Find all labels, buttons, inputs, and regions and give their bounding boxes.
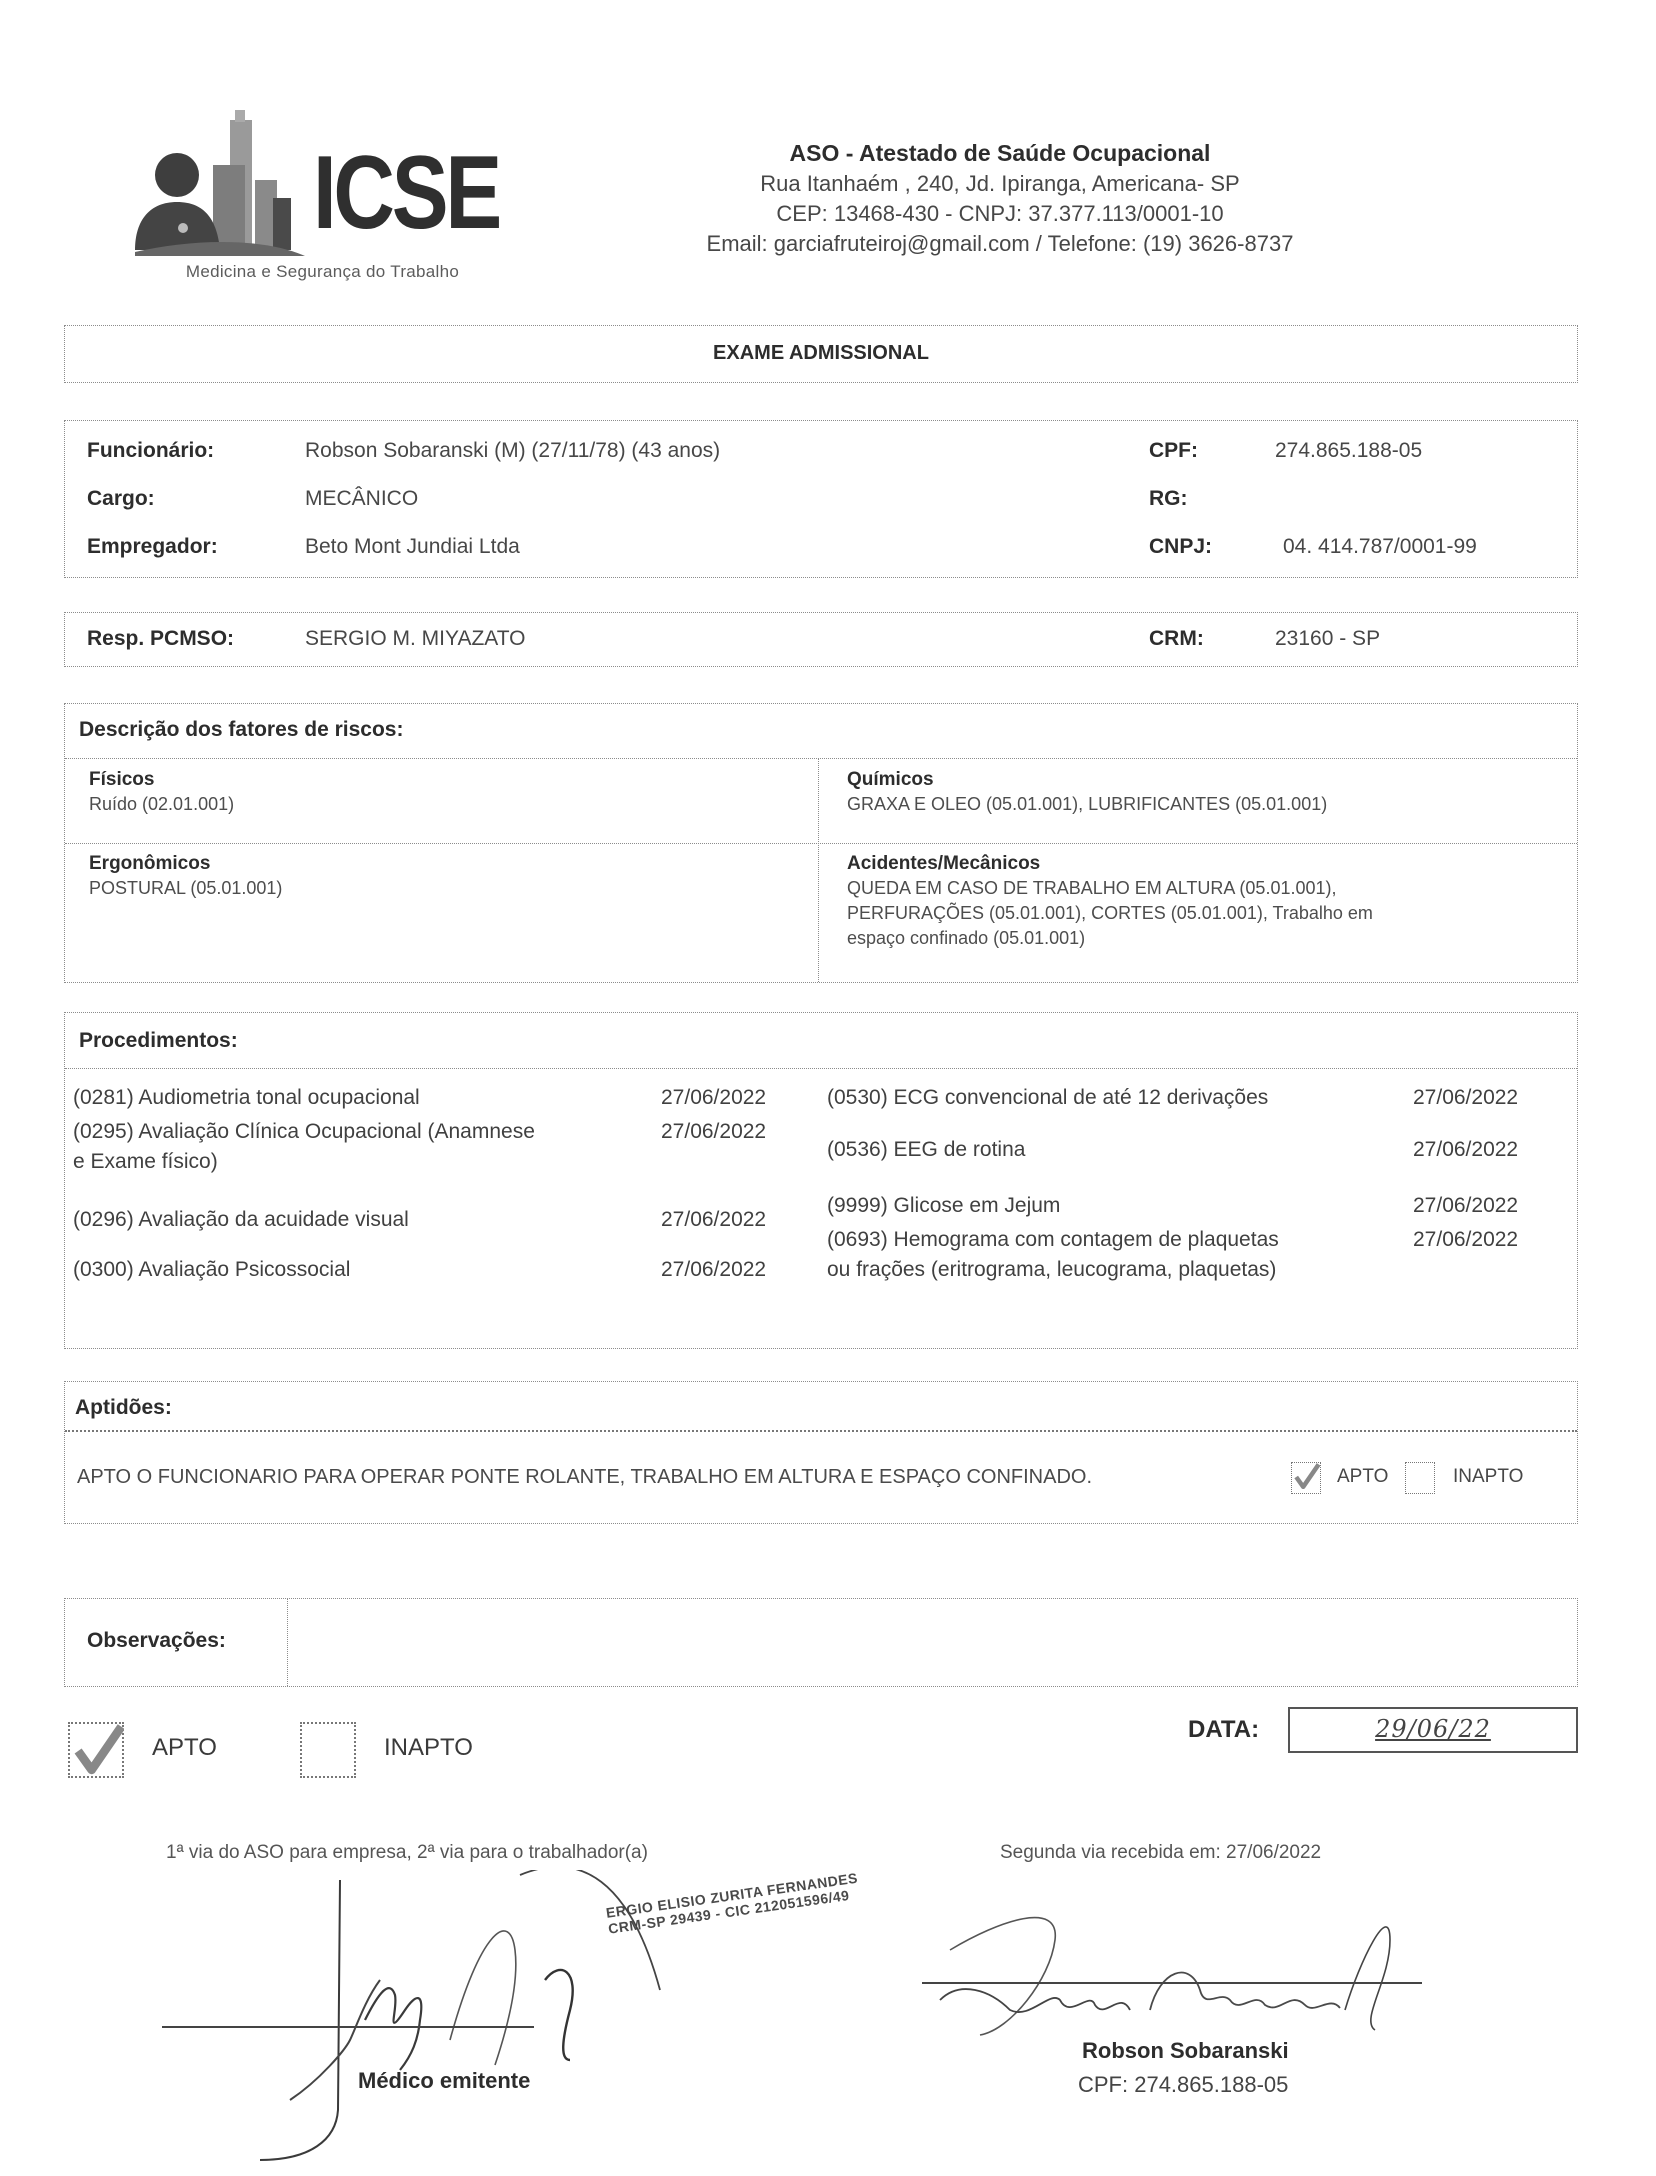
procedure-name: (0295) Avaliação Clínica Ocupacional (An… [73,1117,535,1177]
risk-ergonomicos-label: Ergonômicos [89,852,282,876]
date-label: DATA: [1188,1716,1259,1744]
exam-type-box: EXAME ADMISSIONAL [64,325,1578,383]
aptitude-inapto-label: INAPTO [1453,1466,1523,1488]
procedure-date: 27/06/2022 [661,1255,766,1285]
observations-box: Observações: [64,1598,1578,1687]
result-inapto-label: INAPTO [384,1734,473,1762]
procedure-date: 27/06/2022 [1413,1083,1518,1113]
doctor-signature-line [162,2026,534,2028]
crm-value: 23160 - SP [1275,627,1380,651]
cnpj-value: 04. 414.787/0001-99 [1283,535,1477,559]
procedure-name: (0300) Avaliação Psicossocial [73,1255,350,1285]
risk-quimicos-label: Químicos [847,768,1327,792]
risk-ergonomicos-value: POSTURAL (05.01.001) [89,876,282,901]
doctor-signature-icon [150,1870,670,2170]
divider [65,758,1577,759]
pcmso-value: SERGIO M. MIYAZATO [305,627,526,651]
procedures-title: Procedimentos: [79,1029,238,1053]
document-title: ASO - Atestado de Saúde Ocupacional [620,138,1380,169]
divider [65,1068,1577,1069]
cnpj-label: CNPJ: [1149,535,1212,559]
logo-wordmark: ICSE [313,138,499,248]
procedure-date: 27/06/2022 [1413,1191,1518,1221]
pcmso-box: Resp. PCMSO: SERGIO M. MIYAZATO CRM: 231… [64,612,1578,667]
procedure-name: (0693) Hemograma com contagem de plaquet… [827,1225,1279,1285]
risk-factors-title: Descrição dos fatores de riscos: [79,718,403,742]
empregador-value: Beto Mont Jundiai Ltda [305,535,520,559]
checkmark-icon [70,1724,124,1778]
risk-quimicos: Químicos GRAXA E OLEO (05.01.001), LUBRI… [847,768,1327,817]
logo-tagline: Medicina e Segurança do Trabalho [135,262,510,282]
clinic-contact: Email: garciafruteiroj@gmail.com / Telef… [620,229,1380,259]
divider [65,843,1577,844]
divider [818,758,819,982]
crm-label: CRM: [1149,627,1204,651]
procedure-name: (0296) Avaliação da acuidade visual [73,1205,409,1235]
employee-info-box: Funcionário: Robson Sobaranski (M) (27/1… [64,420,1578,578]
copies-note: 1ª via do ASO para empresa, 2ª via para … [166,1842,648,1864]
risk-acidentes-label: Acidentes/Mecânicos [847,852,1373,876]
cargo-label: Cargo: [87,487,155,511]
procedure-name: (0530) ECG convencional de até 12 deriva… [827,1083,1268,1113]
procedure-date: 27/06/2022 [661,1205,766,1235]
risk-acidentes: Acidentes/Mecânicos QUEDA EM CASO DE TRA… [847,852,1373,951]
worker-signature-icon [920,1880,1480,2040]
worker-cpf: CPF: 274.865.188-05 [1078,2072,1288,2098]
procedure-date: 27/06/2022 [661,1117,766,1147]
procedure-name: (0536) EEG de rotina [827,1135,1025,1165]
result-apto-checkbox[interactable] [68,1722,124,1778]
result-apto-label: APTO [152,1734,217,1762]
checkmark-icon [1292,1463,1320,1491]
cpf-value: 274.865.188-05 [1275,439,1422,463]
aptitudes-box: Aptidões: APTO O FUNCIONARIO PARA OPERAR… [64,1381,1578,1524]
clinic-header: ASO - Atestado de Saúde Ocupacional Rua … [620,138,1380,259]
funcionario-value: Robson Sobaranski (M) (27/11/78) (43 ano… [305,439,720,463]
procedure-name: (9999) Glicose em Jejum [827,1191,1060,1221]
rg-label: RG: [1149,487,1188,511]
aptitude-apto-label: APTO [1337,1466,1388,1488]
clinic-address: Rua Itanhaém , 240, Jd. Ipiranga, Americ… [620,169,1380,199]
doctor-caption: Médico emitente [358,2068,530,2094]
aptitude-apto-checkbox[interactable] [1291,1462,1321,1494]
risk-ergonomicos: Ergonômicos POSTURAL (05.01.001) [89,852,282,901]
procedure-date: 27/06/2022 [1413,1135,1518,1165]
procedures-box: Procedimentos: (0281) Audiometria tonal … [64,1012,1578,1349]
cargo-value: MECÂNICO [305,487,418,511]
divider [65,1430,1577,1432]
funcionario-label: Funcionário: [87,439,214,463]
empregador-label: Empregador: [87,535,218,559]
risk-acidentes-line: PERFURAÇÕES (05.01.001), CORTES (05.01.0… [847,901,1373,926]
worker-signature-line [922,1982,1422,1984]
procedure-name: (0281) Audiometria tonal ocupacional [73,1083,420,1113]
divider [287,1599,288,1686]
risk-fisicos: Físicos Ruído (02.01.001) [89,768,234,817]
doctor-buildings-logo-icon [135,110,305,260]
aptitudes-title: Aptidões: [75,1396,172,1420]
risk-factors-box: Descrição dos fatores de riscos: Físicos… [64,703,1578,983]
risk-fisicos-label: Físicos [89,768,234,792]
clinic-cep-cnpj: CEP: 13468-430 - CNPJ: 37.377.113/0001-1… [620,199,1380,229]
date-field[interactable]: 29/06/22 [1288,1707,1578,1753]
aptitude-inapto-checkbox[interactable] [1405,1462,1435,1494]
observations-label: Observações: [87,1629,226,1653]
result-inapto-checkbox[interactable] [300,1722,356,1778]
risk-fisicos-value: Ruído (02.01.001) [89,792,234,817]
procedure-date: 27/06/2022 [661,1083,766,1113]
clinic-logo: ICSE Medicina e Segurança do Trabalho [135,110,510,285]
exam-type: EXAME ADMISSIONAL [65,326,1577,381]
cpf-label: CPF: [1149,439,1198,463]
pcmso-label: Resp. PCMSO: [87,627,234,651]
second-copy-note: Segunda via recebida em: 27/06/2022 [1000,1842,1321,1864]
risk-acidentes-line: espaço confinado (05.01.001) [847,926,1373,951]
date-value-handwritten: 29/06/22 [1290,1709,1576,1749]
procedure-date: 27/06/2022 [1413,1225,1518,1255]
aptitudes-text: APTO O FUNCIONARIO PARA OPERAR PONTE ROL… [77,1466,1092,1489]
risk-quimicos-value: GRAXA E OLEO (05.01.001), LUBRIFICANTES … [847,792,1327,817]
worker-name: Robson Sobaranski [1082,2038,1289,2064]
risk-acidentes-line: QUEDA EM CASO DE TRABALHO EM ALTURA (05.… [847,876,1373,901]
